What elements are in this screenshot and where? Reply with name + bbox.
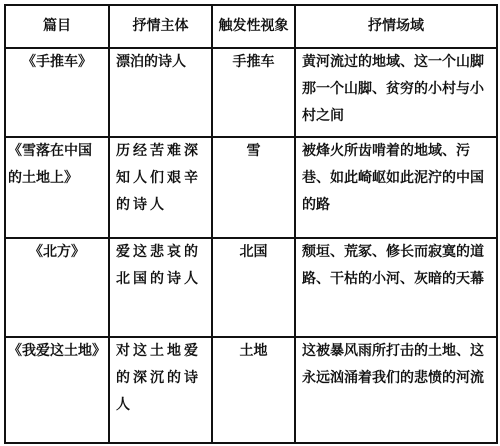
cell-title: 《北方》 (5, 238, 109, 337)
cell-subject: 爱这悲哀的北国的诗人 (109, 238, 212, 337)
cell-image: 北国 (212, 238, 295, 337)
cell-image: 土地 (212, 337, 295, 443)
table-row: 《雪落在中国的土地上》 历经苦难深知人们艰辛的诗人 雪 被烽火所齿啃着的地域、污… (5, 137, 497, 238)
cell-title: 《手推车》 (5, 48, 109, 137)
header-image: 触发性视象 (212, 5, 295, 48)
header-subject: 抒情主体 (109, 5, 212, 48)
header-row: 篇目 抒情主体 触发性视象 抒情场域 (5, 5, 497, 48)
header-scene: 抒情场域 (295, 5, 497, 48)
cell-image: 手推车 (212, 48, 295, 137)
cell-subject: 对这土地爱的深沉的诗人 (109, 337, 212, 443)
cell-subject: 漂泊的诗人 (109, 48, 212, 137)
table-row: 《手推车》 漂泊的诗人 手推车 黄河流过的地域、这一个山脚那一个山脚、贫穷的小村… (5, 48, 497, 137)
cell-scene: 黄河流过的地域、这一个山脚那一个山脚、贫穷的小村与小村之间 (295, 48, 497, 137)
table-row: 《北方》 爱这悲哀的北国的诗人 北国 颓垣、荒冢、修长而寂寞的道路、干枯的小河、… (5, 238, 497, 337)
cell-title: 《雪落在中国的土地上》 (5, 137, 109, 238)
cell-scene: 颓垣、荒冢、修长而寂寞的道路、干枯的小河、灰暗的天幕 (295, 238, 497, 337)
poem-comparison-table: 篇目 抒情主体 触发性视象 抒情场域 《手推车》 漂泊的诗人 手推车 黄河流过的… (4, 4, 498, 444)
cell-image: 雪 (212, 137, 295, 238)
cell-scene: 被烽火所齿啃着的地域、污巷、如此崎岖如此泥泞的中国的路 (295, 137, 497, 238)
header-title: 篇目 (5, 5, 109, 48)
cell-subject: 历经苦难深知人们艰辛的诗人 (109, 137, 212, 238)
table-row: 《我爱这土地》 对这土地爱的深沉的诗人 土地 这被暴风雨所打击的土地、这永远汹涌… (5, 337, 497, 443)
cell-scene: 这被暴风雨所打击的土地、这永远汹涌着我们的悲愤的河流 (295, 337, 497, 443)
cell-title: 《我爱这土地》 (5, 337, 109, 443)
